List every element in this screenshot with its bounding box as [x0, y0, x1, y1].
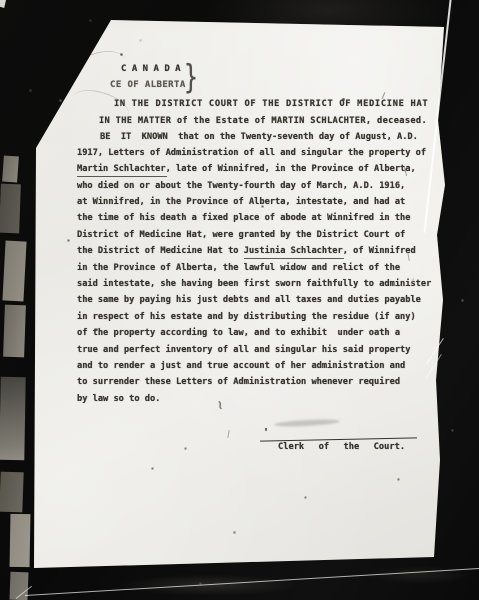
- smudge-mark: [274, 418, 340, 427]
- film-edge-patch: [3, 305, 26, 358]
- body-line: said intestate, she having been first sw…: [77, 279, 431, 295]
- film-edge-patch: [0, 472, 24, 513]
- film-edge-patch: [2, 240, 26, 301]
- paper-sheet: C A N A D A CE OF ALBERTA } IN THE DISTR…: [0, 0, 479, 600]
- body-line: at Winnifred, in the Province of Alberta…: [77, 197, 431, 213]
- corner-chip: [0, 0, 6, 8]
- body-line: in the Province of Alberta, the lawful w…: [77, 263, 431, 279]
- body-line: the District of Medicine Hat to Justinia…: [77, 246, 431, 262]
- microfilm-frame: C A N A D A CE OF ALBERTA } IN THE DISTR…: [0, 0, 479, 600]
- body-line: Martin Schlachter, late of Winnifred, in…: [77, 164, 431, 180]
- header-brace: }: [184, 57, 198, 96]
- body-line: true and perfect inventory of all and si…: [77, 345, 431, 361]
- body-line: BE IT KNOWN that on the Twenty-seventh d…: [77, 132, 431, 148]
- clerk-of-court-label: Clerk of the Court.: [278, 442, 405, 452]
- body-paragraph: BE IT KNOWN that on the Twenty-seventh d…: [77, 132, 431, 411]
- body-line: and to render a just and true account of…: [77, 361, 431, 377]
- name-underline-justinia: [244, 258, 344, 259]
- body-line: to surrender these Letters of Administra…: [77, 377, 431, 393]
- film-scratch-bottom: [25, 568, 479, 596]
- court-title-line: IN THE DISTRICT COURT OF THE DISTRICT OF…: [114, 99, 428, 109]
- body-line: the same by paying his just debts and al…: [77, 295, 431, 311]
- body-line: by law so to do.: [77, 394, 431, 410]
- header-country-label: C A N A D A: [121, 64, 181, 74]
- header-province-label: CE OF ALBERTA: [110, 80, 186, 90]
- film-speck-layer: [0, 0, 1, 1]
- matter-line: IN THE MATTER of the Estate of MARTIN SC…: [99, 116, 427, 126]
- stray-tick-mark: [382, 92, 386, 99]
- film-edge-patch: [10, 514, 31, 567]
- film-edge-patch: [0, 184, 21, 234]
- stray-tick-mark: [227, 430, 229, 438]
- body-line: of the property according to law, and to…: [77, 328, 431, 344]
- film-edge-patch: [0, 377, 26, 460]
- signature-apostrophe: ': [263, 427, 269, 438]
- body-line: who died on or about the Twenty-fourth d…: [77, 181, 431, 197]
- name-underline-martin: [77, 176, 167, 177]
- body-line: in respect of his estate and by distribu…: [77, 312, 431, 328]
- body-line: the time of his death a fixed place of a…: [77, 213, 431, 229]
- body-line: District of Medicine Hat, were granted b…: [77, 230, 431, 246]
- body-line: 1917, Letters of Administration of all a…: [77, 148, 431, 164]
- film-edge-patch: [2, 156, 19, 183]
